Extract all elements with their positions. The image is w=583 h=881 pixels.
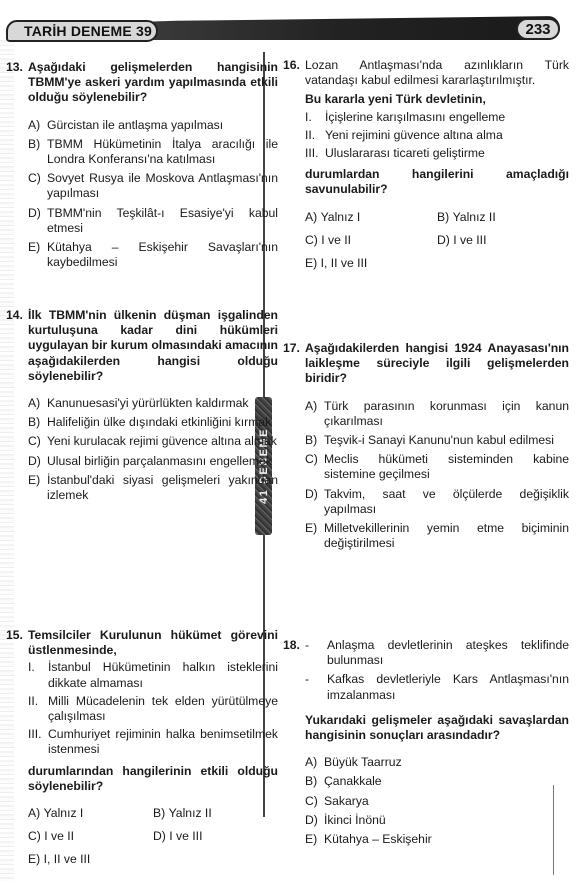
question-stem: Aşağıdaki gelişmelerden hangisinin TBMM'… [28,60,278,106]
question-14: 14. İlk TBMM'nin ülkenin düşman işgalind… [6,308,278,507]
option-letter: D) [305,813,324,828]
roman-numeral: III. [28,727,48,757]
option-label: C) [28,829,41,844]
option-e[interactable]: E)Milletvekillerinin yemin etme biçimini… [305,521,569,551]
question-number: 16. [283,58,305,88]
option-letter: C) [305,452,324,482]
question-stem: İlk TBMM'nin ülkenin düşman işgalinden k… [28,308,278,384]
option-label: E) [28,852,40,867]
option-letter: A) [28,118,47,133]
bullet-item: -Anlaşma devletlerinin ateşkes teklifind… [305,638,569,668]
option-text: Yalnız I [44,806,84,821]
option-letter: E) [28,240,47,270]
option-text: Teşvik-i Sanayi Kanunu'nun kabul edilmes… [324,433,569,448]
option-label: A) [28,806,40,821]
question-number: 13. [6,60,28,106]
option-letter: A) [28,396,47,411]
option-letter: B) [305,433,324,448]
option-label: B) [437,210,449,225]
roman-list: I.İstanbul Hükümetinin halkın isteklerin… [28,660,278,757]
page-number: 233 [525,21,550,38]
bullet-mark: - [305,638,327,668]
option-d[interactable]: D)Takvim, saat ve ölçülerde değişiklik y… [305,487,569,517]
page-header: TARİH DENEME 39 233 [4,12,564,40]
option-a[interactable]: A)Büyük Taarruz [305,755,569,770]
option-c[interactable]: C)Sovyet Rusya ile Moskova Antlaşması'nı… [28,171,278,201]
option-letter: D) [305,487,324,517]
option-letter: E) [28,473,47,503]
option-letter: A) [305,755,324,770]
bullet-item: -Kafkas devletleriyle Kars Antlaşması'nı… [305,672,569,702]
option-b[interactable]: B)Teşvik-i Sanayi Kanunu'nun kabul edilm… [305,433,569,448]
roman-item: II.Milli Mücadelenin tek elden yürütülme… [28,694,278,724]
option-letter: B) [28,415,47,430]
option-d[interactable]: D)TBMM'nin Teşkilât-ı Esasiye'yi kabul e… [28,206,278,236]
options-grid: A) Yalnız I B) Yalnız II C) I ve II D) I… [28,806,278,872]
roman-text: Cumhuriyet rejiminin halka benimsetilmek… [48,727,278,757]
option-c[interactable]: C)Meclis hükümeti sisteminden kabine sis… [305,452,569,482]
question-number: 18. [283,638,305,707]
roman-list: I.İçişlerine karışılmasını engelleme II.… [305,110,569,162]
option-letter: D) [28,454,47,469]
header-title: TARİH DENEME 39 [24,23,152,39]
option-letter: B) [305,774,324,789]
option-text: Sakarya [324,794,569,809]
option-label: A) [305,210,317,225]
option-text: TBMM Hükümetinin İtalya aracılığı ile Lo… [47,137,278,167]
roman-numeral: II. [305,128,325,143]
option-text: İkinci İnönü [324,813,569,828]
roman-text: Milli Mücadelenin tek elden yürütülmeye … [48,694,278,724]
option-text: İstanbul'daki siyasi gelişmeleri yakında… [47,473,278,503]
option-c[interactable]: C) I ve II [305,233,437,248]
option-text: Yalnız II [453,210,496,225]
bullet-text: Anlaşma devletlerinin ateşkes teklifinde… [327,638,569,668]
option-a[interactable]: A)Türk parasının korunması için kanun çı… [305,399,569,429]
option-text: I ve III [169,829,202,844]
option-text: I, II ve III [44,852,91,867]
question-prompt: durumlarından hangilerinin etkili olduğu… [28,764,278,794]
option-text: Büyük Taarruz [324,755,569,770]
roman-item: I.İçişlerine karışılmasını engelleme [305,110,569,125]
options-list: A)Büyük Taarruz B)Çanakkale C)Sakarya D)… [305,755,569,847]
roman-numeral: I. [28,660,48,690]
option-label: D) [153,829,166,844]
roman-item: III.Uluslararası ticareti geliştirme [305,146,569,161]
option-c[interactable]: C)Sakarya [305,794,569,809]
roman-text: İçişlerine karışılmasını engelleme [325,110,569,125]
option-b[interactable]: B)Çanakkale [305,774,569,789]
option-text: Çanakkale [324,774,569,789]
question-stem: Aşağıdakilerden hangisi 1924 Anayasası'n… [305,341,569,387]
option-text: I ve III [453,233,486,248]
roman-item: III.Cumhuriyet rejiminin halka benimseti… [28,727,278,757]
option-text: Yeni kurulacak rejimi güvence altına alm… [47,434,278,449]
option-text: TBMM'nin Teşkilât-ı Esasiye'yi kabul etm… [47,206,278,236]
option-text: I, II ve III [321,256,368,271]
option-text: Yalnız II [169,806,212,821]
option-d[interactable]: D)Ulusal birliğin parçalanmasını engelle… [28,454,278,469]
question-prompt: Yukarıdaki gelişmeler aşağıdaki savaşlar… [305,713,569,743]
question-stem: Temsilciler Kurulunun hükümet görevini ü… [28,628,278,658]
option-e[interactable]: E) I, II ve III [28,852,153,867]
option-label: C) [305,233,318,248]
option-letter: C) [28,171,47,201]
option-text: Milletvekillerinin yemin etme biçiminin … [324,521,569,551]
option-e[interactable]: E) I, II ve III [305,256,437,271]
option-text: Kütahya – Eskişehir Savaşları'nın kaybed… [47,240,278,270]
options-list: A)Gürcistan ile antlaşma yapılması B)TBM… [28,118,278,271]
bullet-text: Kafkas devletleriyle Kars Antlaşması'nın… [327,672,569,702]
option-text: Gürcistan ile antlaşma yapılması [47,118,278,133]
option-text: Halifeliğin ülke dışındaki etkinliğini k… [47,415,278,430]
option-text: I ve II [321,233,351,248]
option-d[interactable]: D) I ve III [153,829,278,844]
option-text: Ulusal birliğin parçalanmasını engelleme… [47,454,278,469]
option-letter: A) [305,399,324,429]
roman-text: İstanbul Hükümetinin halkın isteklerini … [48,660,278,690]
options-list: A)Türk parasının korunması için kanun çı… [305,399,569,552]
question-number: 15. [6,628,28,658]
option-a[interactable]: A)Gürcistan ile antlaşma yapılması [28,118,278,133]
roman-numeral: III. [305,146,325,161]
page-number-badge: 233 [516,18,560,40]
question-number: 14. [6,308,28,384]
option-b[interactable]: B) Yalnız II [153,806,278,821]
question-lead: Bu kararla yeni Türk devletinin, [305,92,569,107]
option-label: E) [305,256,317,271]
option-label: D) [437,233,450,248]
header-title-badge: TARİH DENEME 39 [6,20,158,42]
option-a[interactable]: A) Yalnız I [305,210,437,225]
option-text: Sovyet Rusya ile Moskova Antlaşması'nın … [47,171,278,201]
option-b[interactable]: B) Yalnız II [437,210,569,225]
bullet-list: -Anlaşma devletlerinin ateşkes teklifind… [305,638,569,707]
question-17: 17. Aşağıdakilerden hangisi 1924 Anayasa… [283,341,569,555]
roman-item: I.İstanbul Hükümetinin halkın isteklerin… [28,660,278,690]
question-15: 15. Temsilciler Kurulunun hükümet görevi… [6,628,278,872]
question-stem: Lozan Antlaşması'nda azınlıkların Türk v… [305,58,569,88]
roman-item: II.Yeni rejimini güvence altına alma [305,128,569,143]
option-text: I ve II [44,829,74,844]
option-letter: D) [28,206,47,236]
question-prompt: durumlardan hangilerini amaçladığı savun… [305,167,569,197]
bullet-mark: - [305,672,327,702]
option-e[interactable]: E)Kütahya – Eskişehir [305,832,569,847]
option-text: Meclis hükümeti sisteminden kabine siste… [324,452,569,482]
option-c[interactable]: C)Yeni kurulacak rejimi güvence altına a… [28,434,278,449]
roman-numeral: I. [305,110,325,125]
option-text: Yalnız I [321,210,361,225]
question-number: 17. [283,341,305,387]
option-letter: C) [305,794,324,809]
option-label: B) [153,806,165,821]
options-grid: A) Yalnız I B) Yalnız II C) I ve II D) I… [305,210,569,276]
option-b[interactable]: B)Halifeliğin ülke dışındaki etkinliğini… [28,415,278,430]
option-text: Kütahya – Eskişehir [324,832,569,847]
roman-text: Yeni rejimini güvence altına alma [325,128,569,143]
option-text: Türk parasının korunması için kanun çıka… [324,399,569,429]
option-b[interactable]: B)TBMM Hükümetinin İtalya aracılığı ile … [28,137,278,167]
roman-numeral: II. [28,694,48,724]
question-13: 13. Aşağıdaki gelişmelerden hangisinin T… [6,60,278,274]
option-letter: C) [28,434,47,449]
options-list: A)Kanunuesasi'yi yürürlükten kaldırmak B… [28,396,278,503]
question-18: 18. -Anlaşma devletlerinin ateşkes tekli… [283,638,569,851]
option-letter: E) [305,832,324,847]
option-d[interactable]: D)İkinci İnönü [305,813,569,828]
option-letter: B) [28,137,47,167]
option-text: Takvim, saat ve ölçülerde değişiklik yap… [324,487,569,517]
option-e[interactable]: E)İstanbul'daki siyasi gelişmeleri yakın… [28,473,278,503]
option-a[interactable]: A) Yalnız I [28,806,153,821]
roman-text: Uluslararası ticareti geliştirme [325,146,569,161]
option-d[interactable]: D) I ve III [437,233,569,248]
option-letter: E) [305,521,324,551]
option-text: Kanunuesasi'yi yürürlükten kaldırmak [47,396,278,411]
option-a[interactable]: A)Kanunuesasi'yi yürürlükten kaldırmak [28,396,278,411]
option-e[interactable]: E)Kütahya – Eskişehir Savaşları'nın kayb… [28,240,278,270]
question-16: 16. Lozan Antlaşması'nda azınlıkların Tü… [283,58,569,275]
option-c[interactable]: C) I ve II [28,829,153,844]
